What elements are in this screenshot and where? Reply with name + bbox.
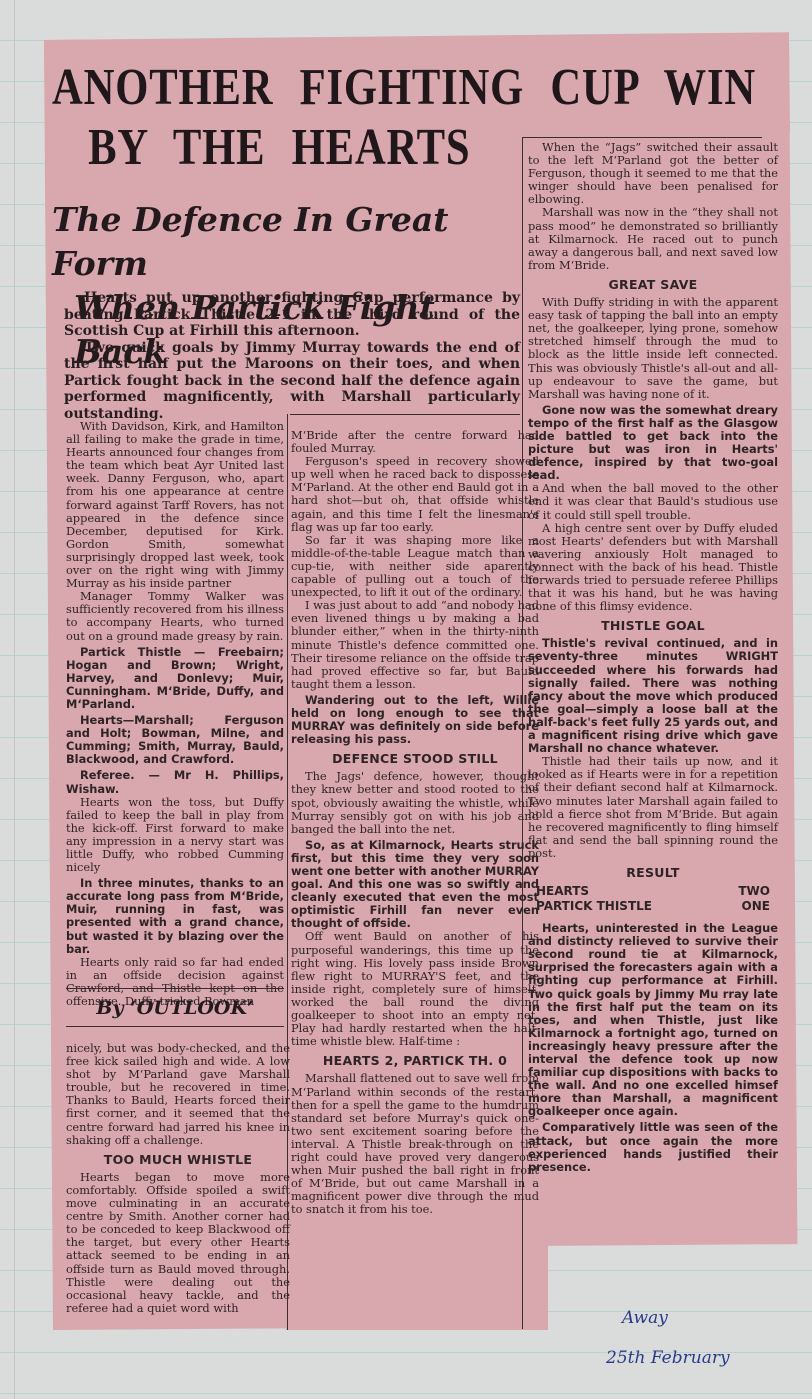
article-paragraph: Wandering out to the left, Willie held o…	[291, 694, 539, 746]
result-score: TWO	[738, 884, 770, 899]
section-heading: TOO MUCH WHISTLE	[66, 1153, 290, 1166]
section-heading: GREAT SAVE	[528, 278, 778, 291]
section-heading: RESULT	[528, 866, 778, 879]
referee-line: Referee. — Mr H. Phillips, Wishaw.	[66, 769, 284, 795]
article-paragraph: With Davidson, Kirk, and Hamilton all fa…	[66, 420, 284, 590]
divider-rule	[522, 137, 762, 138]
article-paragraph: Thistle had their tails up now, and it l…	[528, 755, 778, 860]
article-paragraph: Thistle's revival continued, and in seve…	[528, 637, 778, 755]
article-paragraph: Marshall was now in the “they shall not …	[528, 206, 778, 271]
article-paragraph: Comparatively little was seen of the att…	[528, 1121, 778, 1173]
article-paragraph: M‘Bride after the centre forward had fou…	[291, 429, 539, 455]
article-column-3: When the “Jags” switched their assault t…	[528, 141, 778, 1174]
result-row: HEARTS TWO	[528, 884, 778, 899]
article-column-1-continued: nicely, but was body-checked, and the fr…	[66, 1042, 290, 1315]
article-column-1: With Davidson, Kirk, and Hamilton all fa…	[66, 420, 284, 1008]
divider-rule	[290, 414, 520, 415]
article-paragraph: So far it was shaping more like a middle…	[291, 534, 539, 599]
article-paragraph: I was just about to add “and nobody had …	[291, 599, 539, 691]
article-paragraph: A high centre sent over by Duffy eluded …	[528, 522, 778, 614]
article-paragraph: Ferguson's speed in recovery showed up w…	[291, 455, 539, 534]
article-paragraph: And when the ball moved to the other end…	[528, 482, 778, 521]
byline: By ‘OUTLOOK’	[66, 997, 284, 1019]
notebook-margin-line	[14, 0, 15, 1399]
article-paragraph: Gone now was the somewhat dreary tempo o…	[528, 404, 778, 483]
article-paragraph: Hearts won the toss, but Duffy failed to…	[66, 796, 284, 875]
section-heading: THISTLE GOAL	[528, 619, 778, 632]
article-paragraph: When the “Jags” switched their assault t…	[528, 141, 778, 206]
article-paragraph: Hearts, uninterested in the League and d…	[528, 922, 778, 1118]
article-paragraph: Marshall flattened out to save well from…	[291, 1072, 539, 1216]
handwritten-note-date: 25th February	[606, 1348, 730, 1368]
result-row: PARTICK THISTLE ONE	[528, 899, 778, 914]
article-paragraph: The Jags' defence, however, thought they…	[291, 770, 539, 835]
article-paragraph: With Duffy striding in with the apparent…	[528, 296, 778, 401]
article-paragraph: Off went Bauld on another of his purpose…	[291, 930, 539, 1048]
article-paragraph: Manager Tommy Walker was sufficiently re…	[66, 590, 284, 642]
article-paragraph: Hearts began to move more comfortably. O…	[66, 1171, 290, 1315]
divider-rule	[66, 1026, 284, 1027]
intro-paragraph: Two quick goals by Jimmy Murray towards …	[64, 340, 520, 423]
team-lineup-partick: Partick Thistle — Freebairn; Hogan and B…	[66, 646, 284, 711]
article-paragraph: So, as at Kilmarnock, Hearts struck firs…	[291, 839, 539, 931]
article-paragraph: nicely, but was body-checked, and the fr…	[66, 1042, 290, 1147]
headline-line-1: ANOTHER FIGHTING CUP WIN	[52, 58, 774, 118]
half-time-score: HEARTS 2, PARTICK TH. 0	[291, 1054, 539, 1067]
handwritten-note-venue: Away	[622, 1308, 668, 1328]
result-score: ONE	[742, 899, 770, 914]
article-paragraph: In three minutes, thanks to an accurate …	[66, 877, 284, 956]
result-team: HEARTS	[536, 884, 589, 899]
team-lineup-hearts: Hearts—Marshall; Ferguson and Holt; Bowm…	[66, 714, 284, 766]
result-team: PARTICK THISTLE	[536, 899, 652, 914]
section-heading: DEFENCE STOOD STILL	[291, 752, 539, 765]
intro-paragraph: Hearts put up another fighting Cup perfo…	[64, 290, 520, 340]
article-column-2: M‘Bride after the centre forward had fou…	[291, 429, 539, 1216]
intro-paragraphs: Hearts put up another fighting Cup perfo…	[64, 290, 520, 422]
subheadline-line-1: The Defence In Great Form	[52, 200, 449, 283]
